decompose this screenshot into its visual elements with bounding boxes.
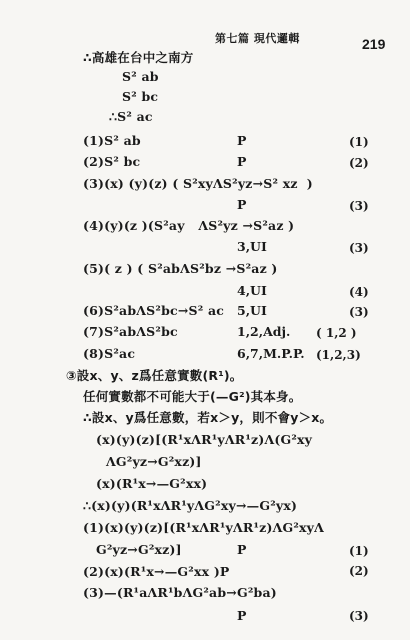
proof2-step-formula: G²yz→G²xz)] xyxy=(96,542,182,558)
proof2-step-formula: (1)(x)(y)(z)[(R¹xΛR¹yΛR¹z)ΛG²xyΛ xyxy=(83,520,324,536)
section3-conclusion: ∴(x)(y)(R¹xΛR¹yΛG²xy→—G²yx) xyxy=(83,498,297,514)
proof1-step-ref: (1) xyxy=(349,134,369,150)
proof1-step-formula: (2)S² bc xyxy=(83,154,140,170)
intro-conclusion: ∴S² ac xyxy=(109,109,153,125)
proof1-step-ref: (3) xyxy=(349,198,369,214)
book-page: 第七篇 現代邏輯 219 ∴高雄在台中之南方 S² ab S² bc ∴S² a… xyxy=(0,0,410,640)
proof1-step-ref: (3) xyxy=(349,304,369,320)
chapter-header-title: 第七篇 現代邏輯 xyxy=(215,30,300,46)
proof2-step-justification: P xyxy=(237,608,246,624)
section3-heading: ③設x、y、z爲任意實數(R¹)。 xyxy=(66,368,243,384)
proof1-step-formula: (7)S²abΛS²bc xyxy=(83,324,178,340)
proof1-step-formula: (4)(y)(z )(S²ay ΛS²yz →S²az ) xyxy=(83,218,294,234)
proof2-step-ref: (2) xyxy=(349,563,369,579)
page-number: 219 xyxy=(362,36,385,52)
proof1-step-justification: 5,UI xyxy=(237,303,267,319)
proof2-step-ref: (1) xyxy=(349,543,369,559)
proof1-step-formula: (8)S²ac xyxy=(83,346,135,362)
proof2-step-formula: (2)(x)(R¹x→—G²xx )P xyxy=(83,564,230,580)
proof1-step-ref: (3) xyxy=(349,240,369,256)
proof1-step-justification: P xyxy=(237,197,246,213)
proof1-step-formula: (6)S²abΛS²bc→S² ac xyxy=(83,303,224,319)
intro-premise-2: S² bc xyxy=(122,89,158,105)
proof1-step-justification: P xyxy=(237,133,246,149)
proof1-step-justification: 1,2,Adj. xyxy=(237,324,290,340)
proof1-step-justification: P xyxy=(237,154,246,170)
section3-statement: 任何實數都不可能大于(—G²)其本身。 xyxy=(83,389,301,405)
proof1-step-formula: (3)(x) (y)(z) ( S²xyΛS²yz→S² xz ) xyxy=(83,176,313,192)
proof1-step-ref: (1,2,3) xyxy=(316,347,361,363)
section3-formula1-line2: ΛG²yz→G²xz)] xyxy=(106,454,202,470)
proof2-step-justification: P xyxy=(237,542,246,558)
section3-formula1-line1: (x)(y)(z)[(R¹xΛR¹yΛR¹z)Λ(G²xy xyxy=(96,432,312,448)
proof1-step-ref: ( 1,2 ) xyxy=(316,325,357,341)
section3-therefore: ∴設x、y爲任意數，若x＞y，則不會y＞x。 xyxy=(83,410,332,426)
proof1-step-formula: (5)( z ) ( S²abΛS²bz →S²az ) xyxy=(83,261,278,277)
proof1-step-justification: 3,UI xyxy=(237,239,267,255)
proof2-step-formula: (3)—(R¹aΛR¹bΛG²ab→G²ba) xyxy=(83,585,277,601)
proof1-step-ref: (2) xyxy=(349,155,369,171)
section3-formula2: (x)(R¹x→—G²xx) xyxy=(96,476,207,492)
proof2-step-ref: (3) xyxy=(349,608,369,624)
intro-premise-1: S² ab xyxy=(122,69,159,85)
proof1-step-formula: (1)S² ab xyxy=(83,133,141,149)
intro-conclusion-text: ∴高雄在台中之南方 xyxy=(83,50,194,66)
proof1-step-justification: 6,7,M.P.P. xyxy=(237,346,305,362)
proof1-step-ref: (4) xyxy=(349,284,369,300)
proof1-step-justification: 4,UI xyxy=(237,283,267,299)
